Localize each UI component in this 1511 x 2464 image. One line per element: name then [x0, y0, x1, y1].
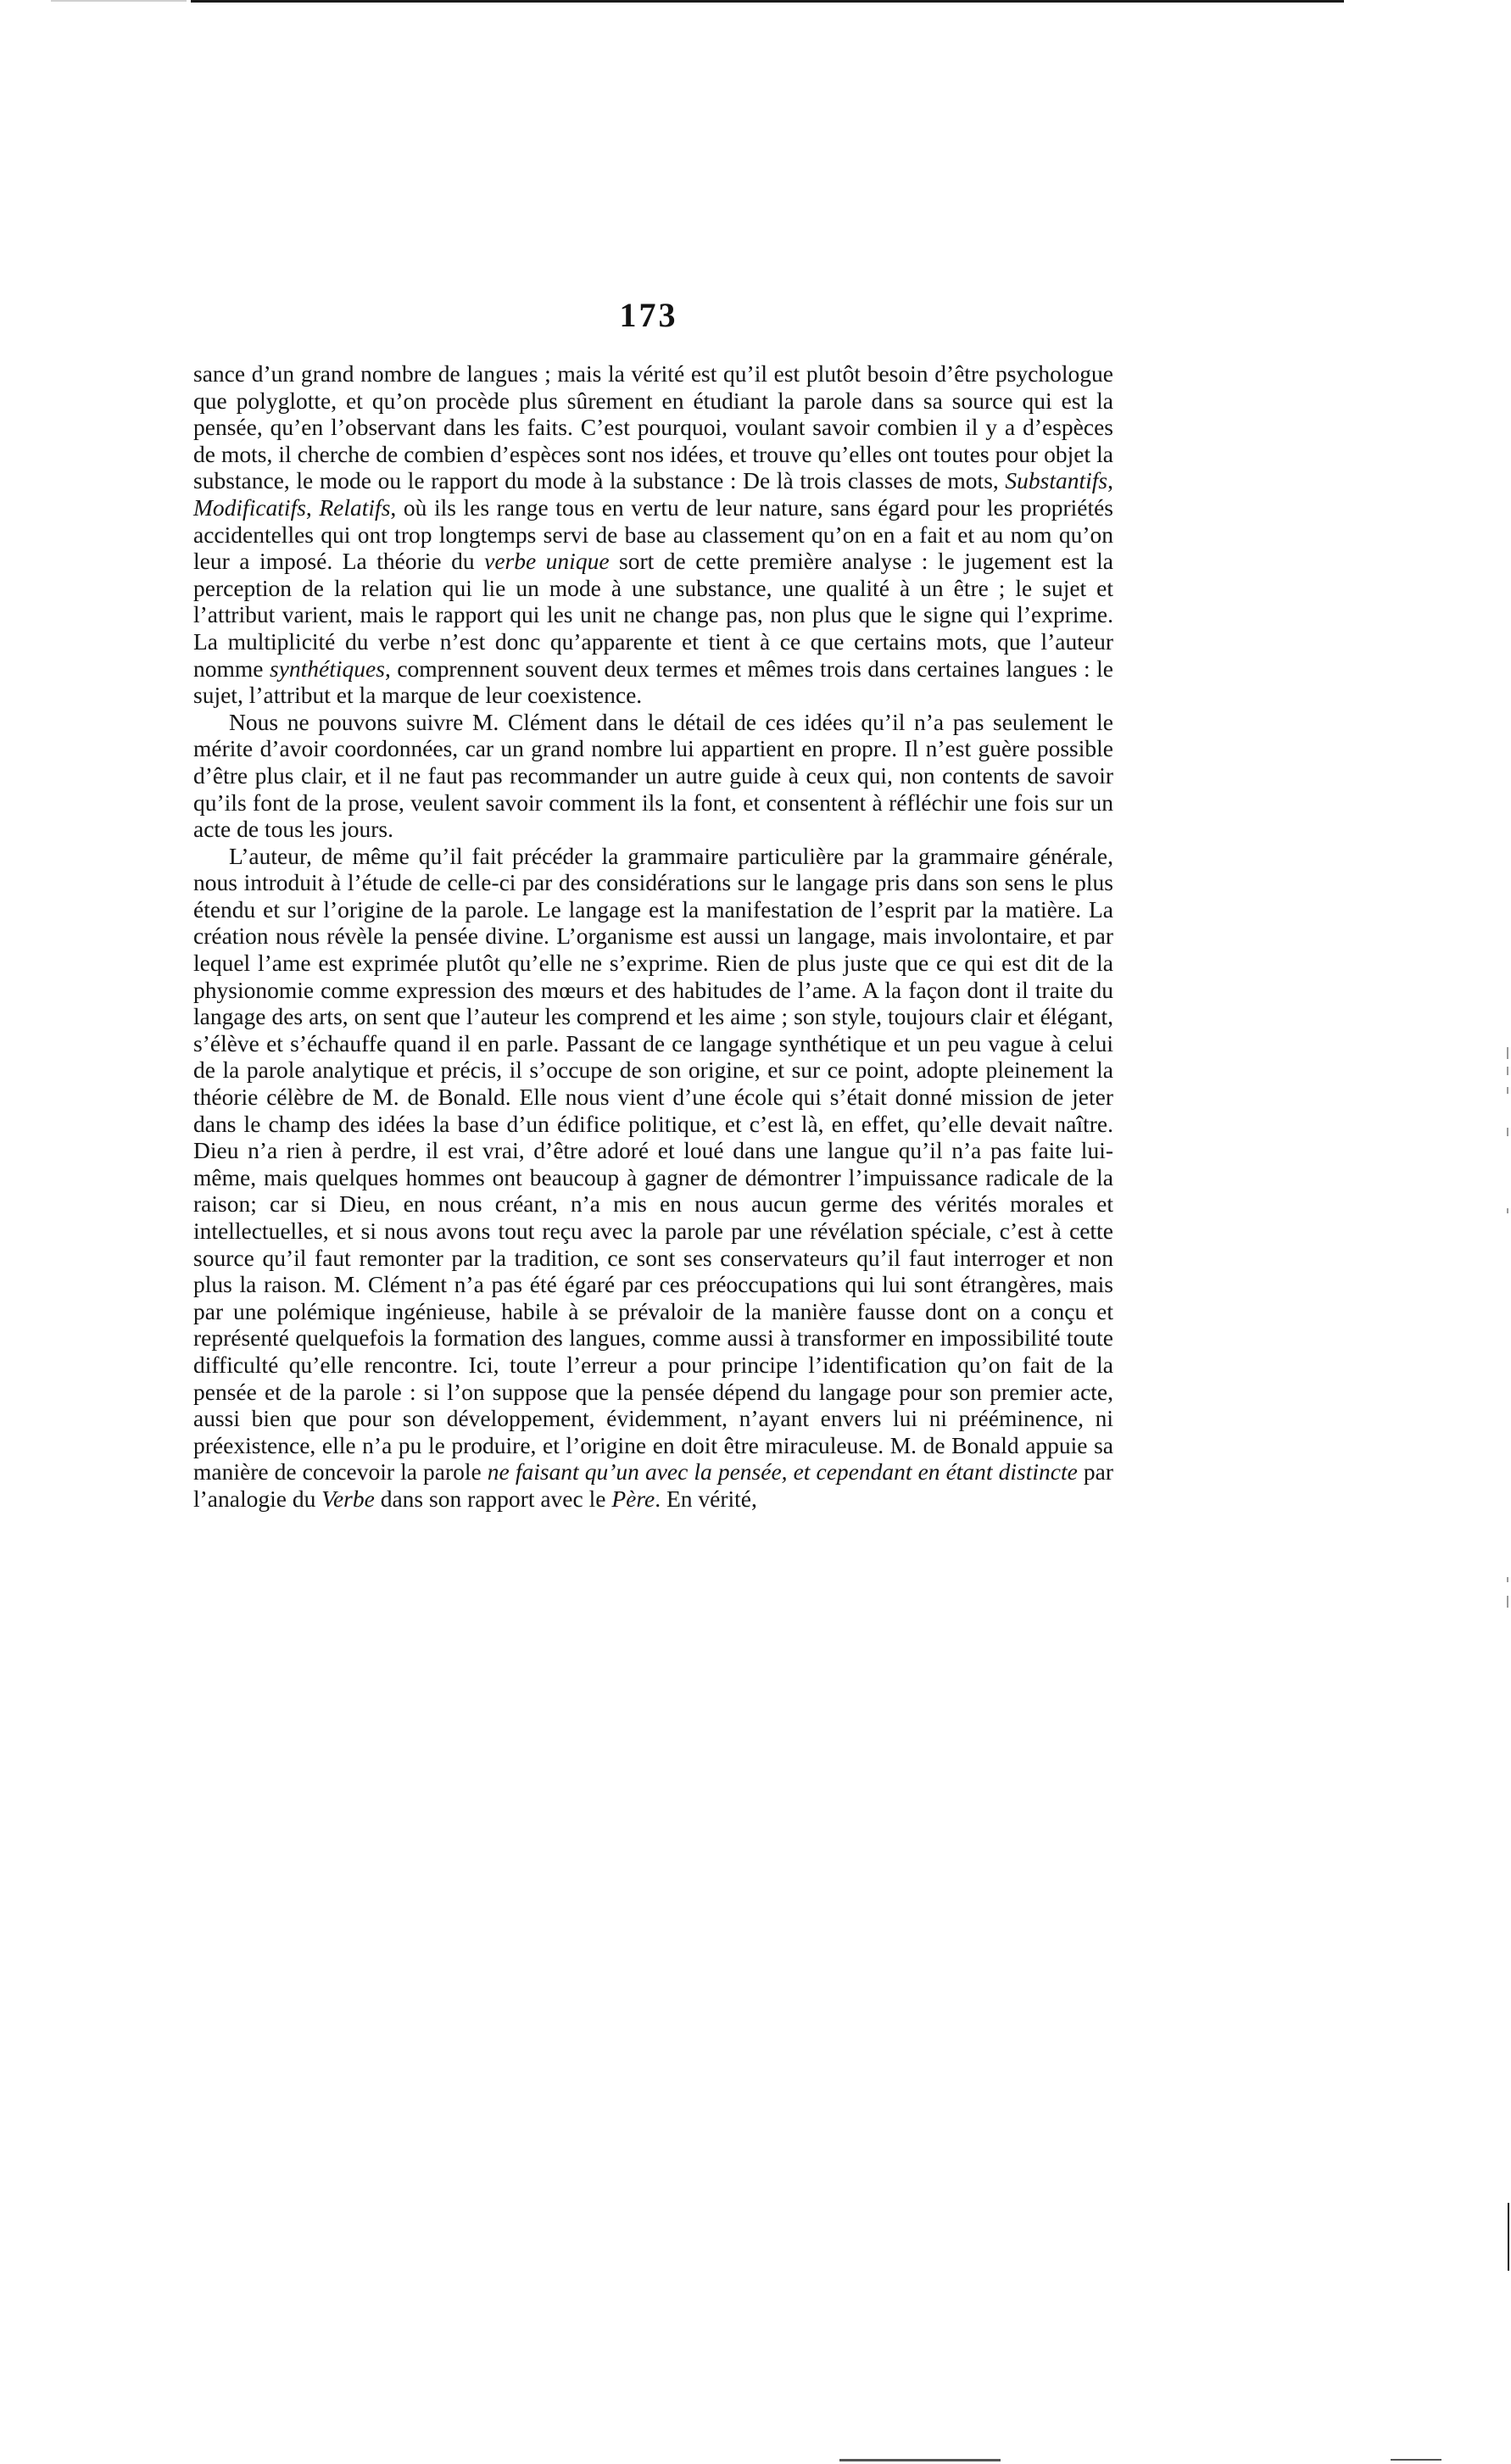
italic-term-synthetiques: synthétiques: [270, 655, 385, 682]
scan-margin-mark: [1507, 1087, 1508, 1094]
italic-term-pere: Père: [611, 1486, 655, 1512]
paragraph-3: L’auteur, de même qu’il fait précéder la…: [193, 843, 1113, 1513]
text-run: ,: [306, 494, 319, 521]
scan-margin-bar: [1508, 2203, 1509, 2271]
text-run: ,: [1107, 467, 1113, 493]
text-run: Nous ne pouvons suivre M. Clément dans l…: [193, 709, 1113, 842]
italic-phrase: ne faisant qu’un avec la pensée, et cepe…: [488, 1458, 1078, 1485]
scan-bottom-artifact: [839, 2459, 1001, 2461]
text-run: dans son rapport avec le: [375, 1486, 612, 1512]
page-number: 173: [594, 298, 704, 332]
scan-top-border: [191, 0, 1344, 3]
text-run: L’auteur, de même qu’il fait précéder la…: [193, 843, 1113, 1486]
text-run: . En vérité,: [655, 1486, 757, 1512]
italic-term-relatifs: Relatifs: [319, 494, 390, 521]
scan-margin-mark: [1507, 1577, 1508, 1582]
scan-margin-mark: [1507, 1596, 1508, 1608]
scan-margin-mark: [1507, 1208, 1508, 1213]
italic-term-substantifs: Substantifs: [1005, 467, 1107, 493]
italic-term-verbe-unique: verbe unique: [484, 548, 609, 574]
italic-term-modificatifs: Modificatifs: [193, 494, 306, 521]
scan-margin-mark: [1507, 1047, 1508, 1059]
paragraph-1: sance d’un grand nombre de langues ; mai…: [193, 360, 1113, 709]
body-text: sance d’un grand nombre de langues ; mai…: [193, 360, 1113, 1513]
paragraph-2: Nous ne pouvons suivre M. Clément dans l…: [193, 709, 1113, 843]
scan-margin-mark: [1507, 1128, 1508, 1136]
italic-term-verbe: Verbe: [321, 1486, 375, 1512]
scan-margin-mark: [1507, 1067, 1508, 1075]
scan-edge-artifact: [51, 0, 187, 2]
scan-bottom-artifact: [1391, 2459, 1441, 2461]
text-run: sance d’un grand nombre de langues ; mai…: [193, 360, 1113, 493]
